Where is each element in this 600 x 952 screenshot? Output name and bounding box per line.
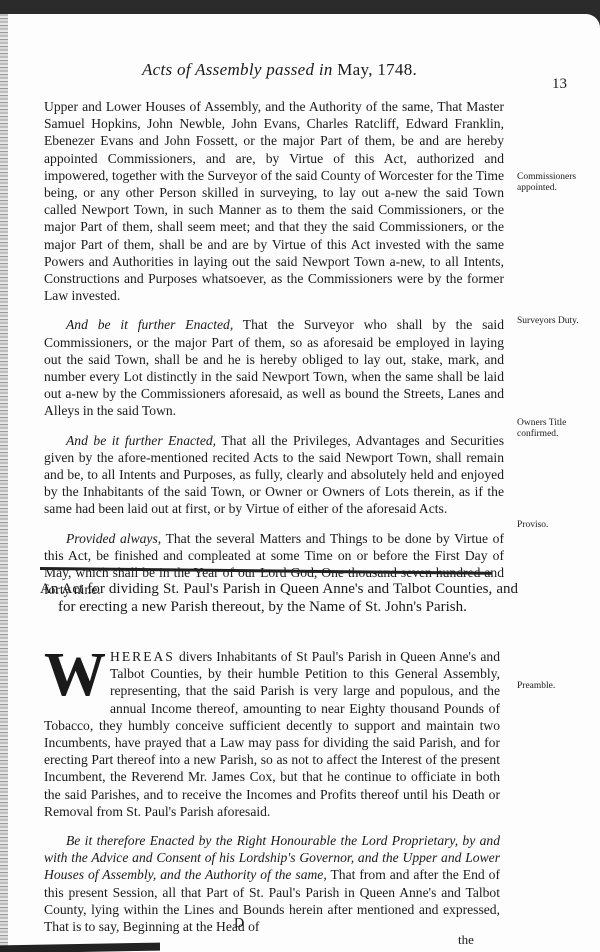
margin-note-owners: Owners Title confirmed.: [517, 418, 597, 440]
margin-note-surveyors: Surveyors Duty.: [517, 316, 597, 327]
preamble-text: divers Inhabitants of St Paul's Parish i…: [44, 649, 500, 819]
drop-cap: W: [44, 650, 106, 700]
paragraph-surveyor-duty: And be it further Enacted, That the Surv…: [44, 316, 504, 419]
enacting-phrase: And be it further Enacted,: [66, 317, 233, 332]
preamble-paragraph: WHEREAS divers Inhabitants of St Paul's …: [44, 648, 500, 820]
signature-mark: D: [234, 916, 244, 932]
enacting-paragraph: Be it therefore Enacted by the Right Hon…: [44, 832, 500, 935]
scan-shadow: [0, 943, 160, 952]
running-head-date: May, 1748.: [337, 60, 417, 79]
margin-note-commissioners: Commissioners appointed.: [517, 172, 597, 194]
proviso-phrase: Provided always,: [66, 531, 161, 546]
margin-note-proviso: Proviso.: [517, 520, 597, 531]
section-continuation: Upper and Lower Houses of Assembly, and …: [44, 98, 504, 598]
running-head: Acts of Assembly passed in May, 1748.: [142, 60, 417, 80]
catchword: the: [458, 932, 474, 948]
preamble-opening: HEREAS: [110, 649, 175, 664]
enacting-phrase: And be it further Enacted,: [66, 433, 216, 448]
paragraph-text: That the Surveyor who shall by the said …: [44, 317, 504, 418]
margin-note-preamble: Preamble.: [517, 681, 597, 692]
act-body: WHEREAS divers Inhabitants of St Paul's …: [44, 648, 500, 935]
page-number: 13: [552, 76, 567, 93]
act-title: An Act for dividing St. Paul's Parish in…: [40, 580, 518, 616]
paragraph-commissioners: Upper and Lower Houses of Assembly, and …: [44, 98, 504, 304]
running-head-italic: Acts of Assembly passed in: [142, 60, 333, 79]
paragraph-owners-title: And be it further Enacted, That all the …: [44, 432, 504, 518]
